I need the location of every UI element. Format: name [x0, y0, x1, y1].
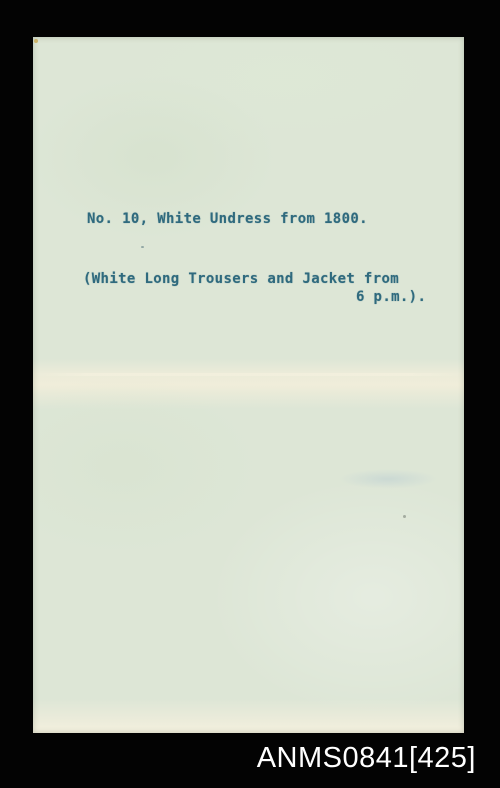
typed-line-detail: (White Long Trousers and Jacket from	[83, 271, 399, 288]
paper-speck	[34, 39, 38, 43]
paper-speck	[403, 515, 406, 518]
document-paper: No. 10, White Undress from 1800. (White …	[33, 37, 464, 733]
catalog-id-label: ANMS0841[425]	[257, 742, 476, 775]
paper-speck	[141, 246, 144, 248]
typed-line-title: No. 10, White Undress from 1800.	[87, 211, 368, 228]
fold-crease	[33, 373, 464, 376]
typed-line-time: 6 p.m.).	[356, 289, 426, 306]
